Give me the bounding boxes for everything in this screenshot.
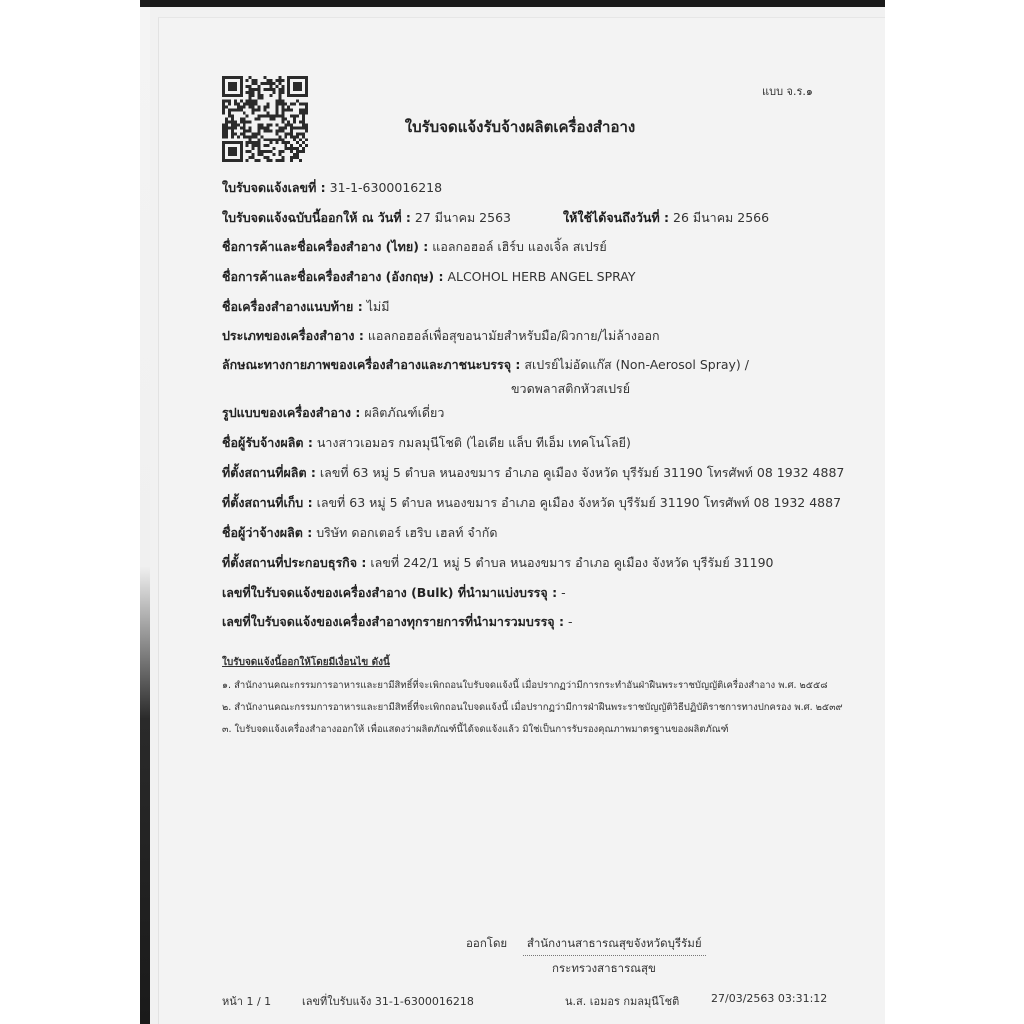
field-label: ชื่อผู้ว่าจ้างผลิต :	[222, 525, 312, 540]
field-label: ที่ตั้งสถานที่ประกอบธุรกิจ :	[222, 555, 366, 570]
field-label: ใบรับจดแจ้งเลขที่ :	[222, 180, 326, 195]
field-label: ประเภทของเครื่องสำอาง :	[222, 328, 364, 343]
field-issue-date: ใบรับจดแจ้งฉบับนี้ออกให้ ณ วันที่ : 27 ม…	[222, 208, 511, 228]
field-cosmetic-type: ประเภทของเครื่องสำอาง : แอลกอฮอล์เพื่อสุ…	[222, 326, 660, 346]
field-value: แอลกอฮอล์ เฮิร์บ แองเจิ้ล สเปรย์	[432, 239, 606, 254]
condition-item: ๓. ใบรับจดแจ้งเครื่องสำอางออกให้ เพื่อแส…	[222, 722, 729, 737]
field-value: แอลกอฮอล์เพื่อสุขอนามัยสำหรับมือ/ผิวกาย/…	[368, 328, 660, 343]
field-notification-no: ใบรับจดแจ้งเลขที่ : 31-1-6300016218	[222, 178, 442, 198]
field-label: ใบรับจดแจ้งฉบับนี้ออกให้ ณ วันที่ :	[222, 210, 411, 225]
field-label: ชื่อผู้รับจ้างผลิต :	[222, 435, 313, 450]
field-value: 27 มีนาคม 2563	[415, 210, 511, 225]
footer-officer: น.ส. เอมอร กมลมุนีโชติ	[565, 992, 679, 1010]
field-label: ลักษณะทางกายภาพของเครื่องสำอางและภาชนะบร…	[222, 357, 520, 372]
form-code: แบบ จ.ร.๑	[762, 82, 813, 100]
field-hiring-company: ชื่อผู้ว่าจ้างผลิต : บริษัท ดอกเตอร์ เฮร…	[222, 523, 497, 543]
field-bulk-notification-no: เลขที่ใบรับจดแจ้งของเครื่องสำอาง (Bulk) …	[222, 583, 566, 603]
document-sheet	[158, 17, 885, 1024]
field-value: ไม่มี	[367, 299, 390, 314]
condition-item: ๑. สำนักงานคณะกรรมการอาหารและยามีสิทธิ์ท…	[222, 678, 828, 693]
field-physical-form: ลักษณะทางกายภาพของเครื่องสำอางและภาชนะบร…	[222, 355, 749, 375]
field-business-address: ที่ตั้งสถานที่ประกอบธุรกิจ : เลขที่ 242/…	[222, 553, 773, 573]
condition-item: ๒. สำนักงานคณะกรรมการอาหารและยามีสิทธิ์ท…	[222, 700, 843, 715]
document-title: ใบรับจดแจ้งรับจ้างผลิตเครื่องสำอาง	[360, 115, 680, 139]
field-value: -	[568, 614, 573, 629]
field-product-format: รูปแบบของเครื่องสำอาง : ผลิตภัณฑ์เดี่ยว	[222, 403, 444, 423]
field-manufacturing-site: ที่ตั้งสถานที่ผลิต : เลขที่ 63 หมู่ 5 ตำ…	[222, 463, 844, 483]
field-valid-until: ให้ใช้ได้จนถึงวันที่ : 26 มีนาคม 2566	[563, 208, 769, 228]
field-trade-name-en: ชื่อการค้าและชื่อเครื่องสำอาง (อังกฤษ) :…	[222, 267, 636, 287]
scan-edge-left	[140, 7, 150, 1024]
field-label: ชื่อการค้าและชื่อเครื่องสำอาง (อังกฤษ) :	[222, 269, 443, 284]
field-value: 31-1-6300016218	[330, 180, 442, 195]
issued-by: ออกโดย สำนักงานสาธารณสุขจังหวัดบุรีรัมย์	[466, 935, 706, 956]
field-all-items-notification-no: เลขที่ใบรับจดแจ้งของเครื่องสำอางทุกรายกา…	[222, 612, 572, 632]
field-value: สเปรย์ไม่อัดแก๊ส (Non-Aerosol Spray) /	[524, 357, 749, 372]
field-value: 26 มีนาคม 2566	[673, 210, 769, 225]
field-value: เลขที่ 63 หมู่ 5 ตำบล หนองขมาร อำเภอ คูเ…	[317, 495, 841, 510]
scan-edge-top	[140, 0, 885, 7]
field-trade-name-th: ชื่อการค้าและชื่อเครื่องสำอาง (ไทย) : แอ…	[222, 237, 607, 257]
field-value: ALCOHOL HERB ANGEL SPRAY	[447, 269, 635, 284]
field-label: ชื่อเครื่องสำอางแนบท้าย :	[222, 299, 363, 314]
conditions-heading: ใบรับจดแจ้งนี้ออกให้โดยมีเงื่อนไข ดังนี้	[222, 655, 390, 670]
issuing-ministry: กระทรวงสาธารณสุข	[552, 960, 656, 978]
issuing-office: สำนักงานสาธารณสุขจังหวัดบุรีรัมย์	[523, 935, 706, 956]
field-label: รูปแบบของเครื่องสำอาง :	[222, 405, 360, 420]
field-label: ให้ใช้ได้จนถึงวันที่ :	[563, 210, 669, 225]
field-contract-manufacturer: ชื่อผู้รับจ้างผลิต : นางสาวเอมอร กมลมุนี…	[222, 433, 631, 453]
field-value: เลขที่ 242/1 หมู่ 5 ตำบล หนองขมาร อำเภอ …	[370, 555, 773, 570]
footer-page-number: หน้า 1 / 1	[222, 992, 271, 1010]
field-value: เลขที่ 63 หมู่ 5 ตำบล หนองขมาร อำเภอ คูเ…	[320, 465, 844, 480]
field-physical-form-continuation: ขวดพลาสติกหัวสเปรย์	[511, 379, 630, 399]
field-storage-site: ที่ตั้งสถานที่เก็บ : เลขที่ 63 หมู่ 5 ตำ…	[222, 493, 841, 513]
field-value: -	[561, 585, 566, 600]
field-appended-name: ชื่อเครื่องสำอางแนบท้าย : ไม่มี	[222, 297, 389, 317]
field-label: เลขที่ใบรับจดแจ้งของเครื่องสำอางทุกรายกา…	[222, 614, 564, 629]
qr-code-icon	[221, 76, 309, 162]
footer-reference: เลขที่ใบรับแจ้ง 31-1-6300016218	[302, 992, 474, 1010]
field-label: ที่ตั้งสถานที่ผลิต :	[222, 465, 316, 480]
field-label: ชื่อการค้าและชื่อเครื่องสำอาง (ไทย) :	[222, 239, 428, 254]
field-value: นางสาวเอมอร กมลมุนีโชติ (ไอเดีย แล็บ ทีเ…	[317, 435, 631, 450]
issued-by-label: ออกโดย	[466, 936, 507, 950]
footer-timestamp: 27/03/2563 03:31:12	[711, 992, 827, 1005]
field-value: ผลิตภัณฑ์เดี่ยว	[364, 405, 444, 420]
field-label: ที่ตั้งสถานที่เก็บ :	[222, 495, 313, 510]
field-label: เลขที่ใบรับจดแจ้งของเครื่องสำอาง (Bulk) …	[222, 585, 557, 600]
field-value: บริษัท ดอกเตอร์ เฮริบ เฮลท์ จำกัด	[316, 525, 497, 540]
